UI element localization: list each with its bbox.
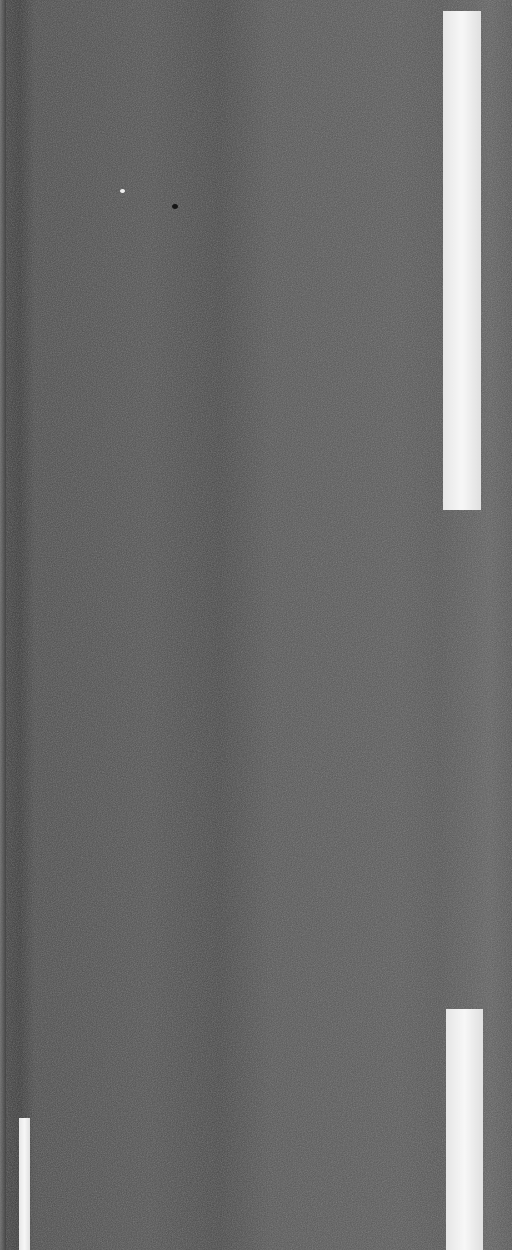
lane-marking-right-upper: [443, 11, 481, 510]
lane-marking-right-lower: [446, 1009, 483, 1250]
pebble-light: [120, 189, 125, 193]
lane-marking-left-lower: [19, 1118, 30, 1250]
pebble-dark: [172, 204, 178, 209]
road-edge: [0, 0, 6, 1250]
road-surface-image: [0, 0, 512, 1250]
asphalt-texture: [0, 0, 512, 1250]
